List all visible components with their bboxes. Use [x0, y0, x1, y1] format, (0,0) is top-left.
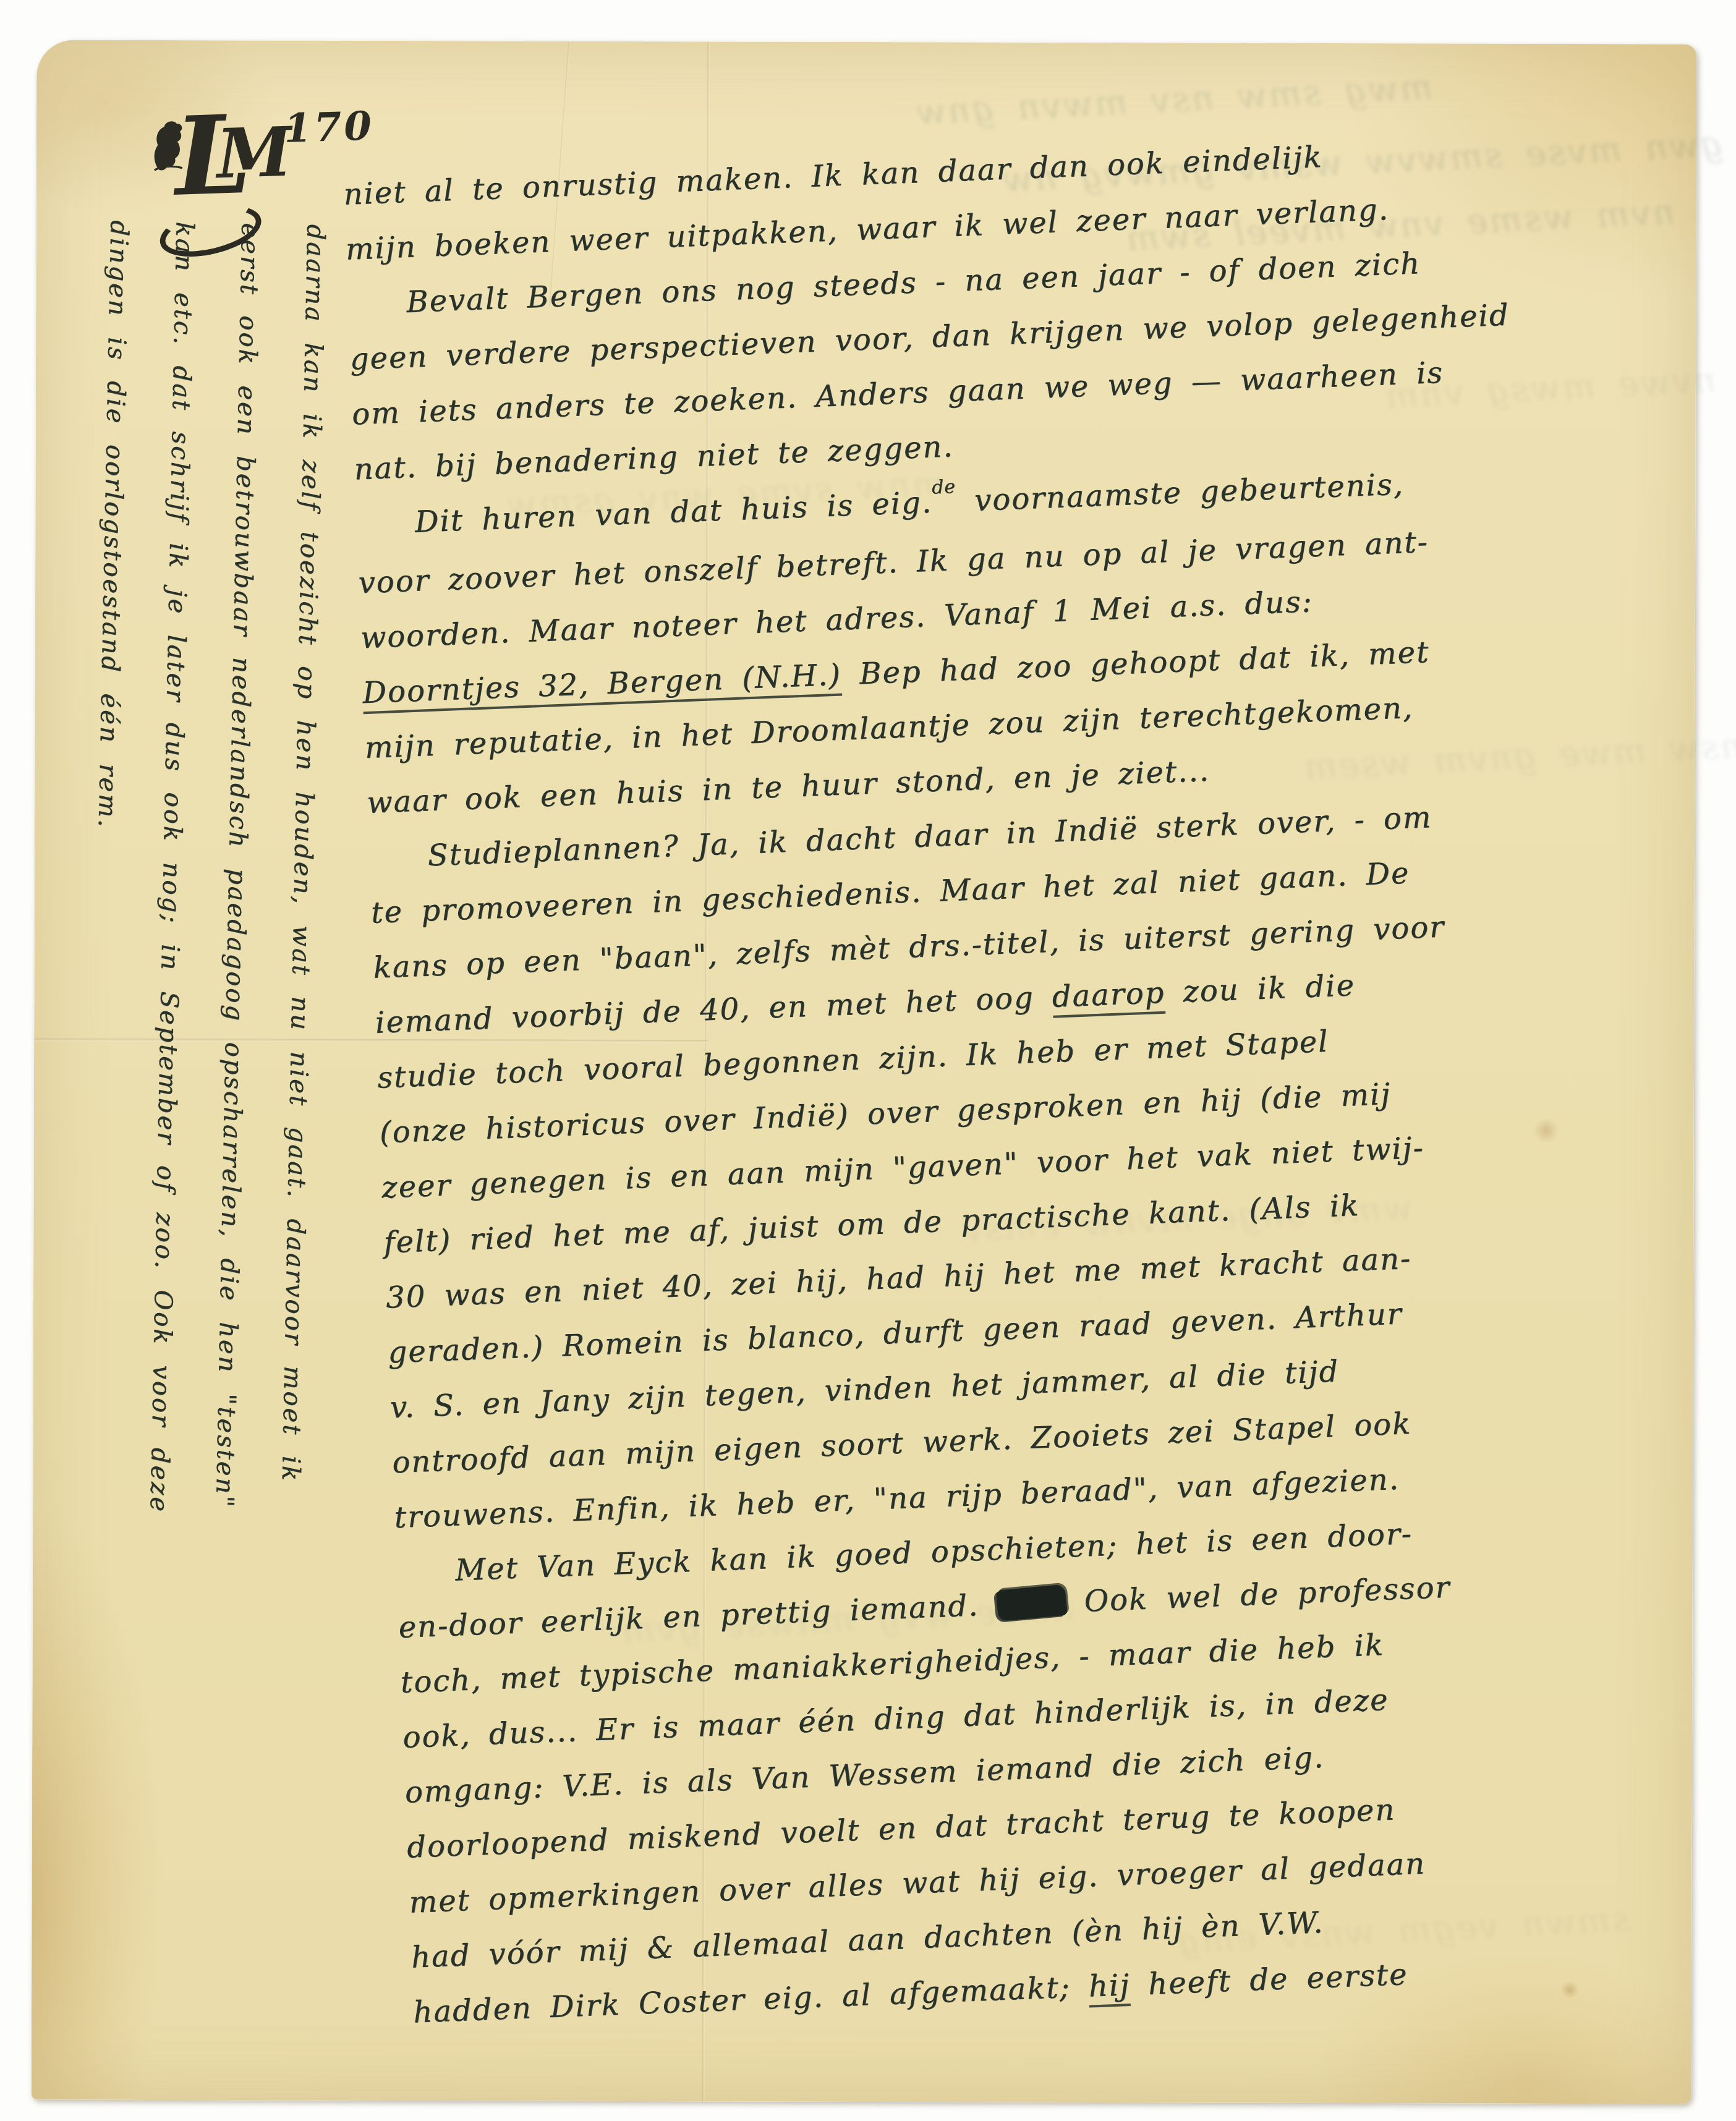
text-segment: heeft de eerste — [1130, 1957, 1409, 2002]
monogram-letter-m: M — [216, 118, 293, 189]
underlined-word: daarop — [1052, 975, 1166, 1018]
text-segment: Ook wel de professor — [1065, 1570, 1451, 1620]
underlined-word: hij — [1088, 1968, 1131, 2008]
text-segment: voornaamste gebeurtenis, — [956, 467, 1405, 519]
margin-note: daarna kan ik zelf toezicht op hen houde… — [46, 219, 348, 2054]
letter-page: mwg smw nsv mwvn gnw gwn mvse smwvw wsmv… — [32, 40, 1697, 2104]
text-segment: zou ik die — [1164, 968, 1356, 1010]
inserted-word-above-line: de — [931, 476, 956, 498]
letter-body: niet al te onrustig maken. Ik kan daar d… — [343, 118, 1693, 2040]
ink-blot-strikeout — [995, 1584, 1067, 1622]
scan-background: mwg smw nsv mwvn gnw gwn mvse smwvw wsmv… — [0, 0, 1736, 2121]
text-segment: Dit huren van dat huis is eig. — [414, 485, 933, 540]
archive-number: 170 — [283, 103, 375, 152]
bleed-through-ghost-text: mwg smw nsv mwvn gnw — [914, 67, 1434, 133]
